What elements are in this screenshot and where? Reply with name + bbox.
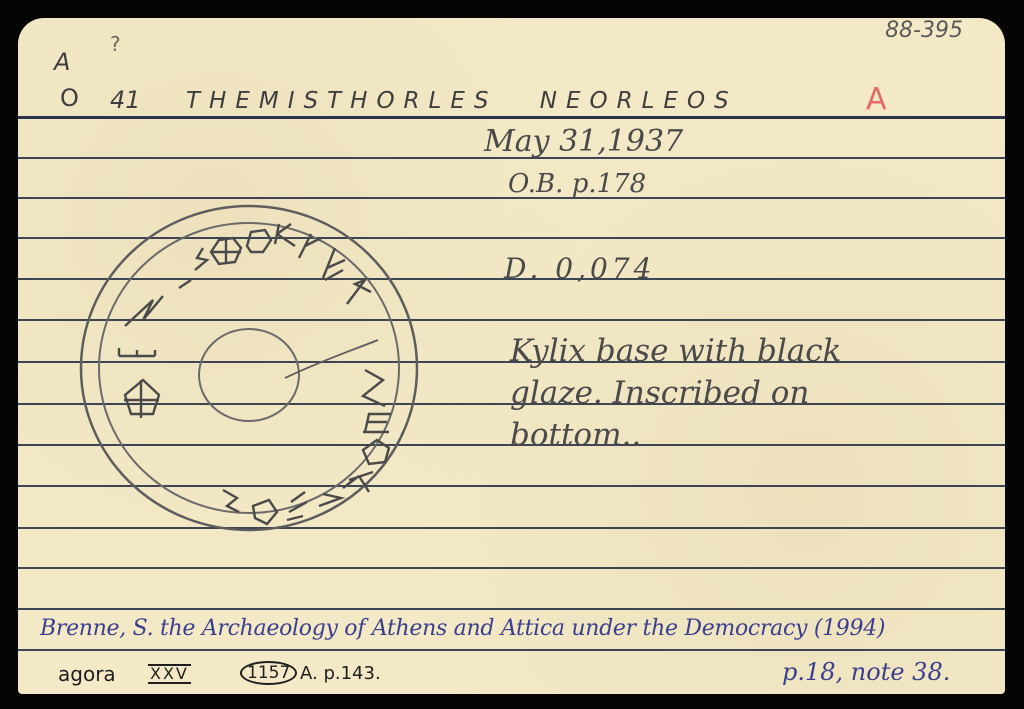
margin-mark-o: O (60, 84, 79, 112)
header-rule (18, 116, 1005, 119)
ruled-line (18, 567, 1005, 569)
margin-mark-a: A (54, 48, 70, 76)
ruled-line (18, 649, 1005, 651)
entry-page: A. p.143. (300, 663, 381, 684)
index-card: 88-395 A ? O 41 THEMISTHORLES NEORLEOS A… (18, 18, 1005, 694)
agora-label: agora (58, 662, 116, 686)
kylix-base-sketch (73, 200, 433, 540)
catalog-circled-number: 1157 (240, 661, 297, 685)
bibliography-citation: Brenne, S. the Archaeology of Athens and… (40, 616, 885, 641)
citation-page-note: p.18, note 38. (782, 658, 950, 686)
entry-number: 41 (110, 86, 141, 114)
description-line-3: bottom.. (510, 417, 641, 453)
description-line-2: glaze. Inscribed on (510, 375, 809, 411)
catalog-number: 88-395 (885, 18, 963, 43)
card-title: THEMISTHORLES NEORLEOS (186, 88, 738, 114)
inventory-number: D. 0,074 (504, 252, 655, 285)
margin-question: ? (110, 32, 121, 56)
ruled-line (18, 608, 1005, 610)
red-grade-mark: A (866, 82, 887, 117)
description-line-1: Kylix base with black (510, 333, 841, 369)
agora-volume: XXV (148, 664, 191, 684)
notebook-reference: O.B. p.178 (508, 169, 646, 199)
excavation-date: May 31,1937 (484, 124, 683, 159)
